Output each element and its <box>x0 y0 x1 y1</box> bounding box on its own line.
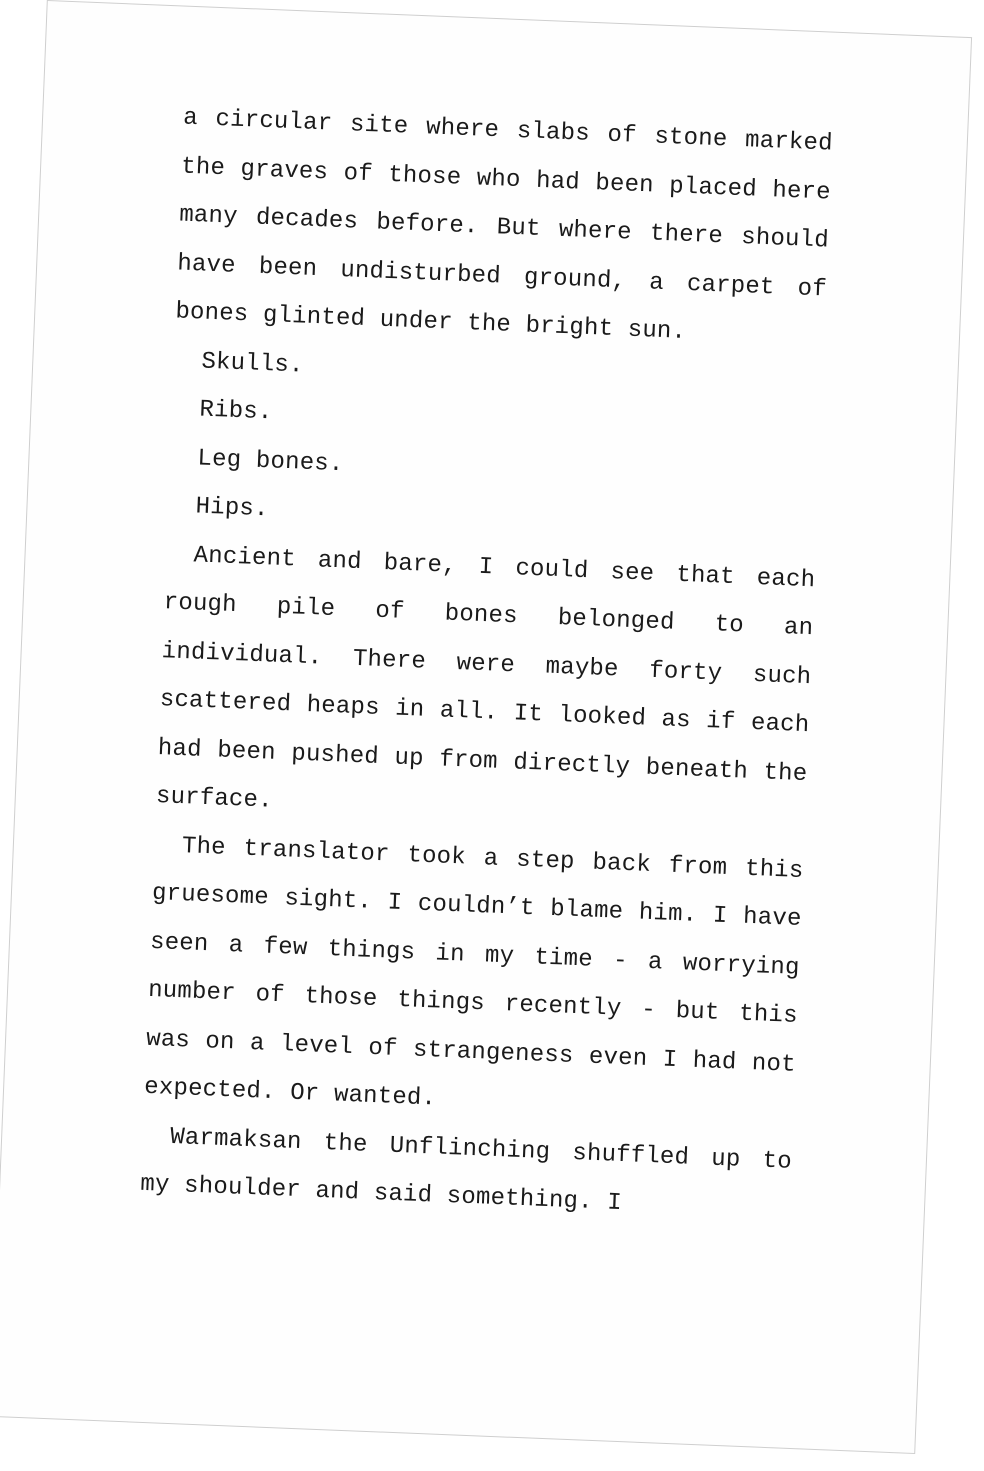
paragraph-ancient: Ancient and bare, I could see that each … <box>155 531 816 848</box>
page-body-text: a circular site where slabs of stone mar… <box>139 95 833 1236</box>
paper-page: a circular site where slabs of stone mar… <box>0 0 972 1454</box>
paragraph-1: a circular site where slabs of stone mar… <box>174 95 833 363</box>
paragraph-translator: The translator took a step back from thi… <box>143 821 804 1138</box>
